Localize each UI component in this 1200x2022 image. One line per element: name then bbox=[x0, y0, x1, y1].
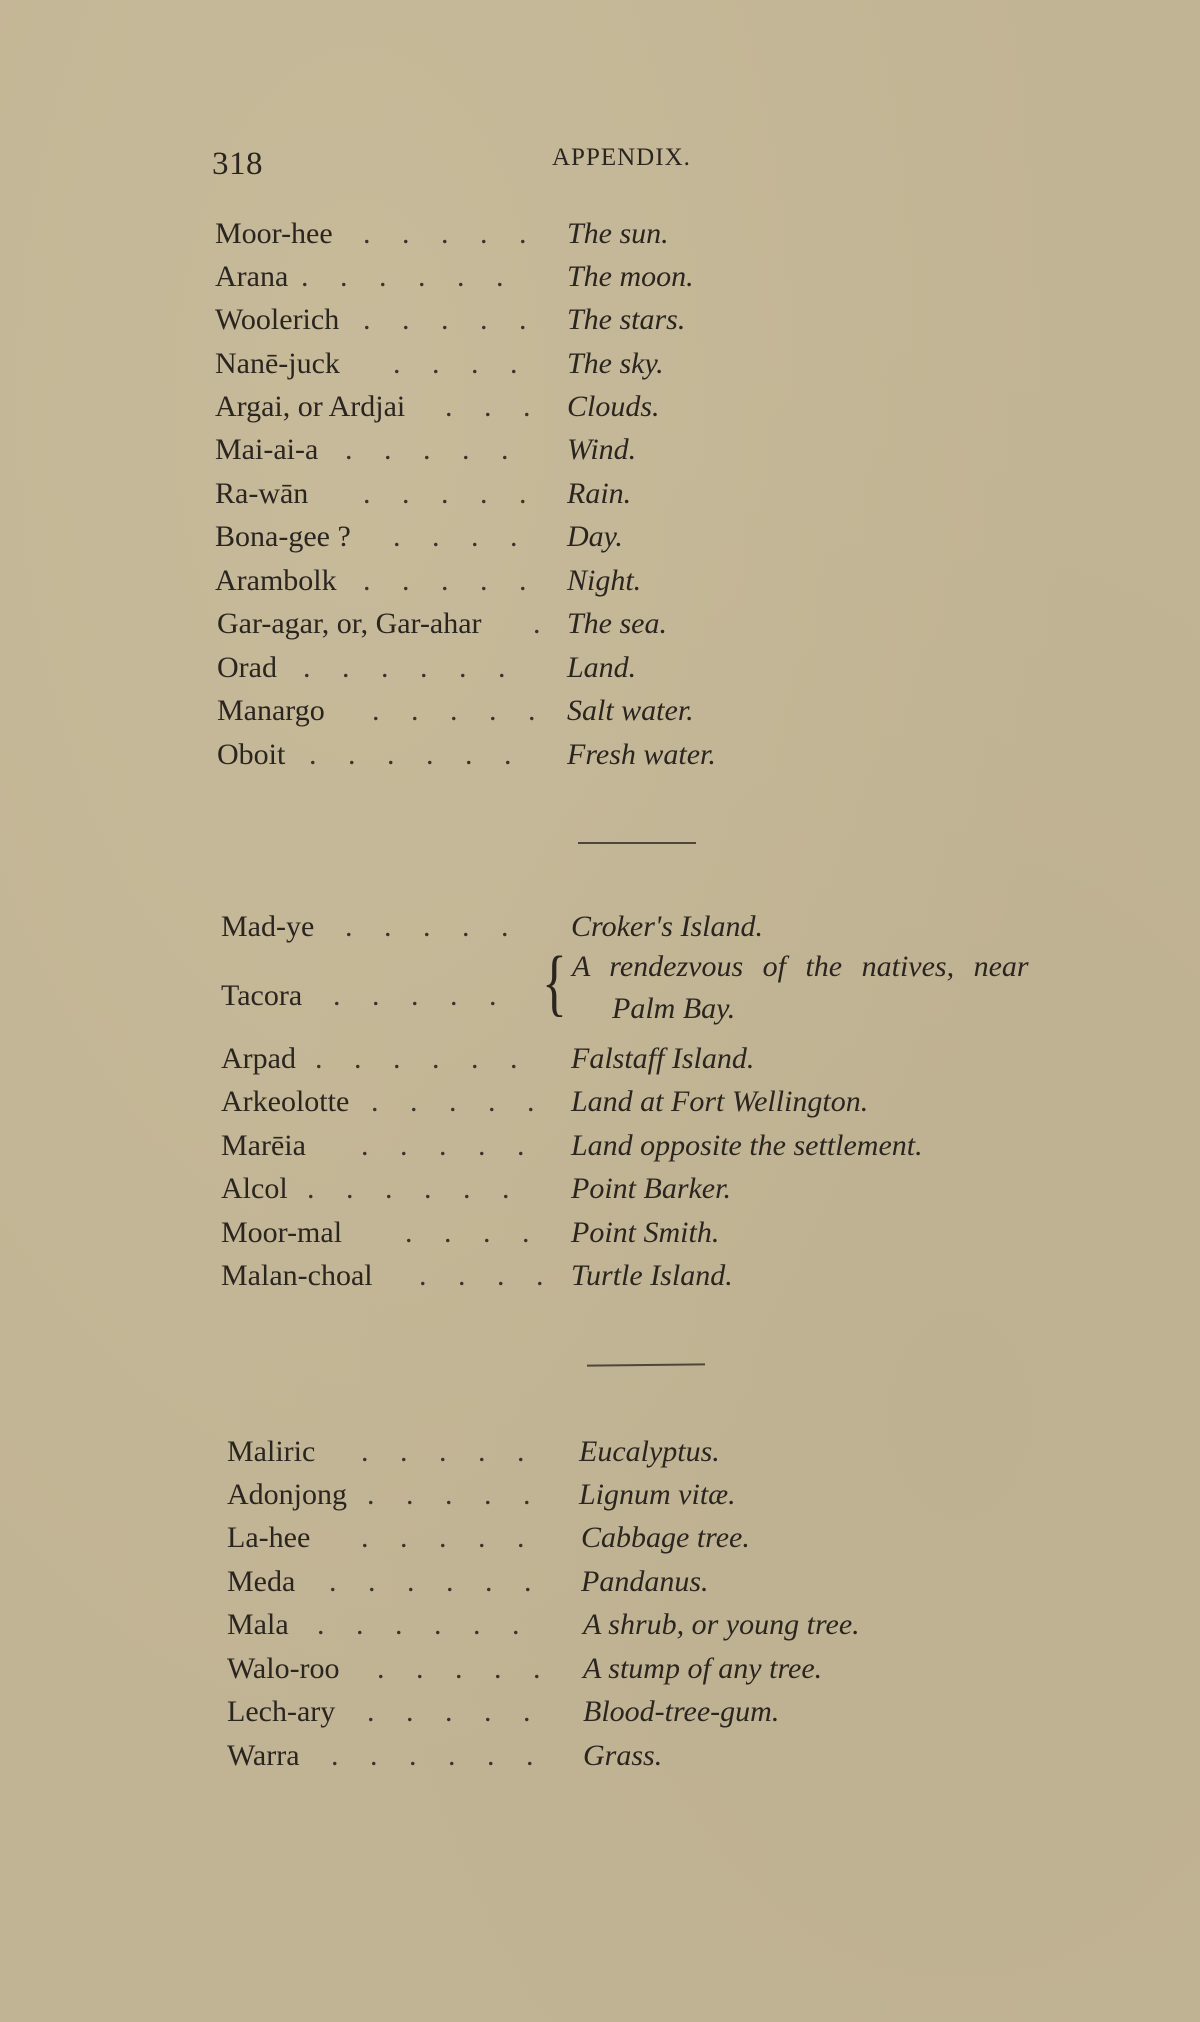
vocab-entry: Arana . . . . . . The moon. bbox=[215, 257, 915, 297]
english-gloss: Pandanus. bbox=[581, 1562, 709, 1602]
english-gloss: Clouds. bbox=[567, 387, 660, 427]
vocab-entry: Mad-ye . . . . . Croker's Island. bbox=[221, 907, 921, 947]
dot-leader: . . . . . bbox=[363, 561, 539, 601]
native-term: Lech-ary bbox=[227, 1692, 335, 1732]
english-gloss: Land. bbox=[567, 648, 636, 688]
native-term: Warra bbox=[227, 1736, 300, 1776]
gloss-line: Palm Bay. bbox=[572, 988, 1029, 1030]
native-term: Mai-ai-a bbox=[215, 430, 318, 470]
english-gloss: Land opposite the settlement. bbox=[571, 1126, 923, 1166]
book-page: 318 APPENDIX. Moor-hee . . . . . The sun… bbox=[0, 0, 1200, 2022]
english-gloss: Lignum vitæ. bbox=[579, 1475, 736, 1515]
vocab-entry: Ra-wān . . . . . Rain. bbox=[215, 474, 915, 514]
dot-leader: . . . . . . bbox=[331, 1736, 546, 1776]
native-term: Alcol bbox=[221, 1169, 288, 1209]
native-term: Arkeolotte bbox=[221, 1082, 349, 1122]
dot-leader: . . . . . bbox=[345, 430, 521, 470]
vocab-entry: Lech-ary . . . . . Blood-tree-gum. bbox=[227, 1692, 1027, 1732]
vocab-entry: Arkeolotte . . . . . Land at Fort Wellin… bbox=[221, 1082, 1021, 1122]
vocab-entry: Arambolk . . . . . Night. bbox=[215, 561, 915, 601]
english-gloss: Night. bbox=[567, 561, 641, 601]
dot-leader: . . . . . . bbox=[301, 257, 516, 297]
dot-leader: . bbox=[533, 604, 553, 644]
vocab-entry: Moor-hee . . . . . The sun. bbox=[215, 214, 915, 254]
native-term: Woolerich bbox=[215, 300, 339, 340]
dot-leader: . . . . bbox=[419, 1256, 556, 1296]
vocab-entry: Woolerich . . . . . The stars. bbox=[215, 300, 915, 340]
vocab-entry: Nanē-juck . . . . The sky. bbox=[215, 344, 915, 384]
english-gloss-multiline: A rendezvous of the natives, near Palm B… bbox=[572, 946, 1029, 1030]
native-term: Ra-wān bbox=[215, 474, 308, 514]
english-gloss: A stump of any tree. bbox=[583, 1649, 822, 1689]
dot-leader: . . . . . bbox=[361, 1432, 537, 1472]
dot-leader: . . . . . bbox=[367, 1692, 543, 1732]
vocab-entry: Walo-roo . . . . . A stump of any tree. bbox=[227, 1649, 1027, 1689]
dot-leader: . . . . . bbox=[363, 214, 539, 254]
native-term: Meda bbox=[227, 1562, 295, 1602]
vocab-entry: Orad . . . . . . Land. bbox=[217, 648, 917, 688]
page-header: 318 APPENDIX. bbox=[212, 138, 932, 178]
vocab-entry: Meda . . . . . . Pandanus. bbox=[227, 1562, 927, 1602]
native-term: Malan-choal bbox=[221, 1256, 373, 1296]
vocab-entry: Oboit . . . . . . Fresh water. bbox=[217, 735, 917, 775]
native-term: Moor-hee bbox=[215, 214, 333, 254]
running-head: APPENDIX. bbox=[552, 144, 691, 172]
vocab-entry: La-hee . . . . . Cabbage tree. bbox=[227, 1518, 927, 1558]
english-gloss: Cabbage tree. bbox=[581, 1518, 750, 1558]
dot-leader: . . . . . bbox=[361, 1518, 537, 1558]
native-term: Mala bbox=[227, 1605, 289, 1645]
english-gloss: Salt water. bbox=[567, 691, 694, 731]
english-gloss: Fresh water. bbox=[567, 735, 716, 775]
vocab-entry: Argai, or Ardjai . . . Clouds. bbox=[215, 387, 915, 427]
native-term: Moor-mal bbox=[221, 1213, 342, 1253]
english-gloss: The moon. bbox=[567, 257, 694, 297]
english-gloss: Day. bbox=[567, 517, 623, 557]
native-term: Marēia bbox=[221, 1126, 306, 1166]
native-term: Manargo bbox=[217, 691, 325, 731]
english-gloss: Wind. bbox=[567, 430, 636, 470]
dot-leader: . . . . bbox=[393, 517, 530, 557]
vocab-entry-tacora: Tacora . . . . . bbox=[221, 976, 521, 1016]
native-term: Arpad bbox=[221, 1039, 296, 1079]
dot-leader: . . . . . . bbox=[315, 1039, 530, 1079]
vocab-entry: Warra . . . . . . Grass. bbox=[227, 1736, 927, 1776]
section-divider bbox=[578, 842, 696, 844]
native-term: Tacora bbox=[221, 976, 302, 1016]
dot-leader: . . . . . bbox=[363, 300, 539, 340]
vocab-entry: Mai-ai-a . . . . . Wind. bbox=[215, 430, 915, 470]
native-term: Walo-roo bbox=[227, 1649, 340, 1689]
vocab-entry: Moor-mal . . . . Point Smith. bbox=[221, 1213, 921, 1253]
english-gloss: The stars. bbox=[567, 300, 685, 340]
native-term: Adonjong bbox=[227, 1475, 347, 1515]
vocab-entry: Marēia . . . . . Land opposite the settl… bbox=[221, 1126, 1021, 1166]
dot-leader: . . . . . bbox=[361, 1126, 537, 1166]
native-term: Argai, or Ardjai bbox=[215, 387, 405, 427]
english-gloss: Turtle Island. bbox=[571, 1256, 733, 1296]
dot-leader: . . . . . . bbox=[307, 1169, 522, 1209]
dot-leader: . . . . . . bbox=[303, 648, 518, 688]
dot-leader: . . . . . . bbox=[329, 1562, 544, 1602]
dot-leader: . . . . bbox=[393, 344, 530, 384]
english-gloss: The sky. bbox=[567, 344, 664, 384]
dot-leader: . . . . . bbox=[345, 907, 521, 947]
dot-leader: . . . bbox=[445, 387, 543, 427]
native-term: Arambolk bbox=[215, 561, 337, 601]
native-term: Oboit bbox=[217, 735, 285, 775]
english-gloss: Land at Fort Wellington. bbox=[571, 1082, 868, 1122]
english-gloss: Falstaff Island. bbox=[571, 1039, 754, 1079]
dot-leader: . . . . . bbox=[367, 1475, 543, 1515]
native-term: Arana bbox=[215, 257, 288, 297]
vocab-entry: Alcol . . . . . . Point Barker. bbox=[221, 1169, 921, 1209]
vocab-entry: Maliric . . . . . Eucalyptus. bbox=[227, 1432, 927, 1472]
brace-symbol: { bbox=[542, 946, 567, 1020]
english-gloss: Rain. bbox=[567, 474, 631, 514]
english-gloss: A shrub, or young tree. bbox=[583, 1605, 860, 1645]
english-gloss: Blood-tree-gum. bbox=[583, 1692, 779, 1732]
english-gloss: The sea. bbox=[567, 604, 667, 644]
vocab-entry: Bona-gee ? . . . . Day. bbox=[215, 517, 915, 557]
dot-leader: . . . . . bbox=[372, 691, 548, 731]
page-number: 318 bbox=[212, 146, 263, 183]
native-term: Bona-gee ? bbox=[215, 517, 351, 557]
native-term: Orad bbox=[217, 648, 277, 688]
english-gloss: Point Smith. bbox=[571, 1213, 719, 1253]
dot-leader: . . . . . . bbox=[317, 1605, 532, 1645]
dot-leader: . . . . . bbox=[363, 474, 539, 514]
dot-leader: . . . . . bbox=[371, 1082, 547, 1122]
english-gloss: The sun. bbox=[567, 214, 669, 254]
vocab-entry: Arpad . . . . . . Falstaff Island. bbox=[221, 1039, 921, 1079]
vocab-entry: Manargo . . . . . Salt water. bbox=[217, 691, 917, 731]
native-term: La-hee bbox=[227, 1518, 310, 1558]
native-term: Mad-ye bbox=[221, 907, 314, 947]
dot-leader: . . . . . bbox=[377, 1649, 553, 1689]
dot-leader: . . . . . . bbox=[309, 735, 524, 775]
native-term: Gar-agar, or, Gar-ahar bbox=[217, 604, 482, 644]
english-gloss: Eucalyptus. bbox=[579, 1432, 720, 1472]
native-term: Maliric bbox=[227, 1432, 315, 1472]
english-gloss: Point Barker. bbox=[571, 1169, 731, 1209]
dot-leader: . . . . . bbox=[333, 976, 509, 1016]
native-term: Nanē-juck bbox=[215, 344, 340, 384]
section-divider bbox=[587, 1363, 705, 1366]
gloss-line: A rendezvous of the natives, near bbox=[572, 946, 1029, 988]
english-gloss: Grass. bbox=[583, 1736, 662, 1776]
vocab-entry: Adonjong . . . . . Lignum vitæ. bbox=[227, 1475, 927, 1515]
english-gloss: Croker's Island. bbox=[571, 907, 763, 947]
vocab-entry: Mala . . . . . . A shrub, or young tree. bbox=[227, 1605, 1027, 1645]
vocab-entry: Malan-choal . . . . Turtle Island. bbox=[221, 1256, 921, 1296]
dot-leader: . . . . bbox=[405, 1213, 542, 1253]
vocab-entry: Gar-agar, or, Gar-ahar . The sea. bbox=[217, 604, 917, 644]
